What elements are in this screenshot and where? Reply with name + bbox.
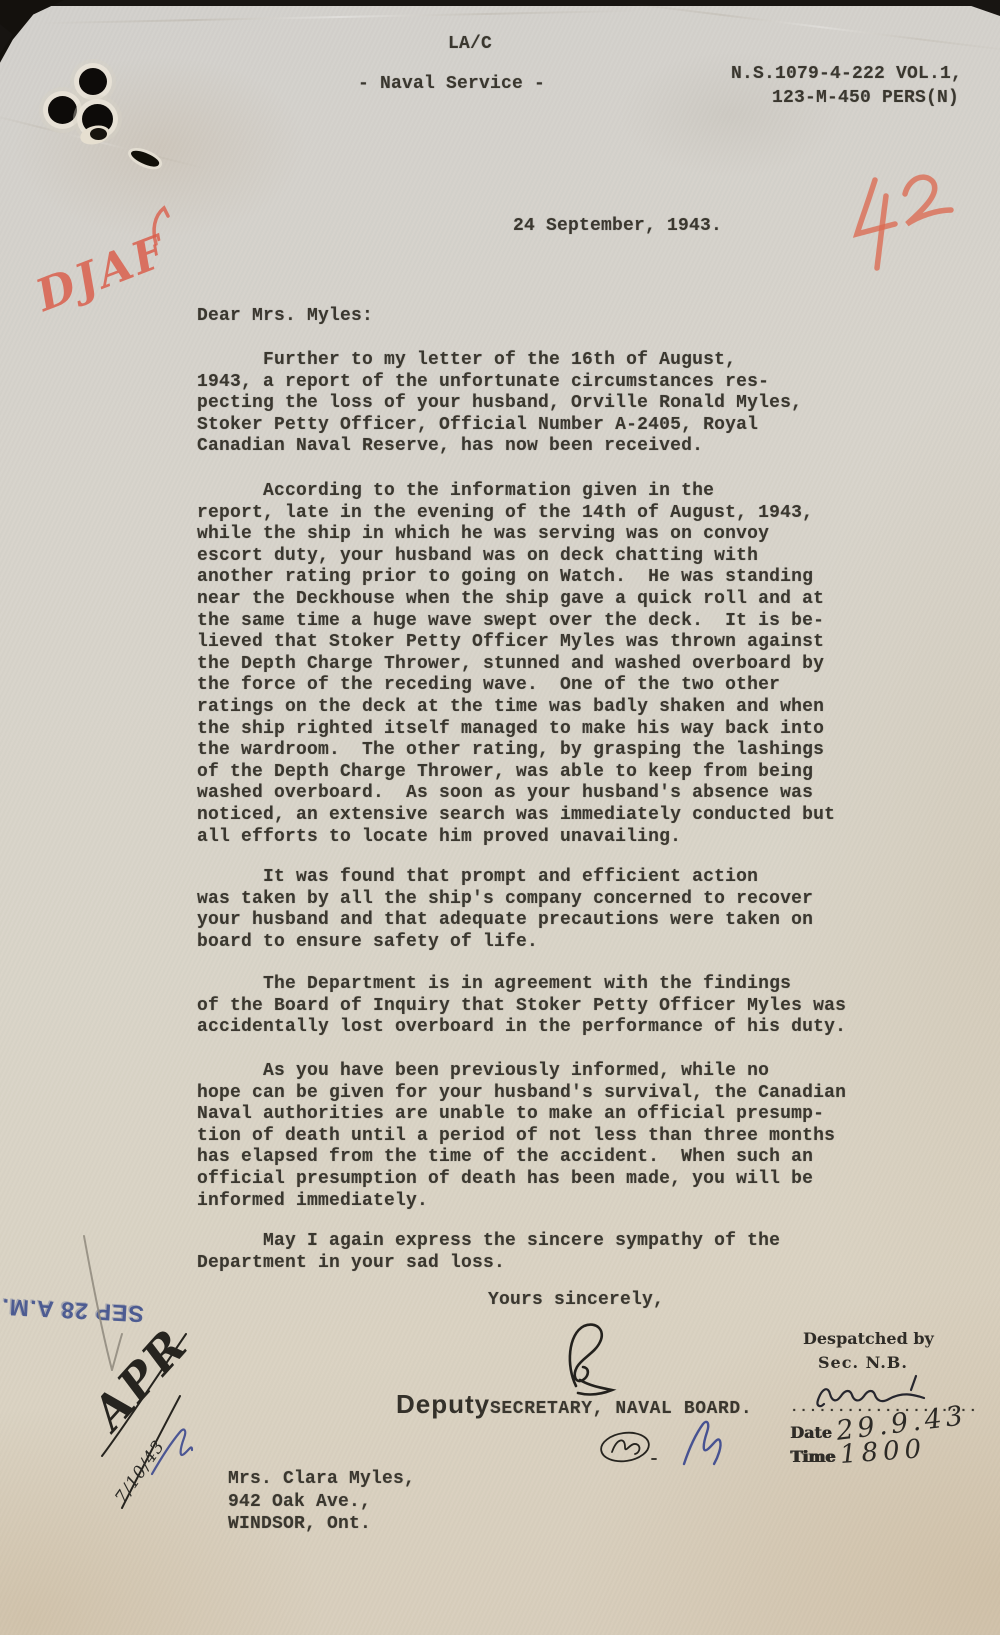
paper-crease — [621, 2, 1000, 53]
paragraph-1: Further to my letter of the 16th of Augu… — [197, 350, 802, 458]
recipient-name: Mrs. Clara Myles, — [228, 1468, 415, 1491]
signer-title-prefix: Deputy — [396, 1389, 490, 1420]
service-line: - Naval Service - — [358, 74, 545, 95]
paper-crease — [40, 10, 640, 25]
despatched-by-office: Sec. N.B. — [818, 1353, 908, 1372]
recipient-city: WINDSOR, Ont. — [228, 1513, 371, 1536]
signer-title: SECRETARY, NAVAL BOARD. — [490, 1399, 752, 1420]
red-flourish-mark — [148, 204, 172, 248]
punch-hole — [79, 68, 107, 95]
red-page-number-mark — [845, 158, 965, 278]
black-initials-scribble — [598, 1428, 660, 1470]
punch-hole — [48, 96, 77, 124]
scan-edge-top — [0, 0, 1000, 6]
despatched-by-label: Despatched by — [803, 1329, 934, 1348]
despatch-time-value: 1800 — [839, 1434, 927, 1470]
paragraph-5: As you have been previously informed, wh… — [197, 1061, 846, 1212]
file-number-1: N.S.1079-4-222 VOL.1, — [731, 64, 959, 85]
salutation: Dear Mrs. Myles: — [197, 306, 373, 327]
despatch-time-label: Time — [790, 1447, 835, 1466]
paragraph-3: It was found that prompt and efficient a… — [197, 867, 813, 953]
recipient-street: 942 Oak Ave., — [228, 1491, 371, 1514]
signature-mark — [552, 1320, 622, 1400]
blue-initials-scribble — [676, 1420, 728, 1468]
paragraph-2: According to the information given in th… — [197, 481, 835, 848]
punch-hole-partial — [90, 128, 107, 140]
despatch-date-label: Date — [790, 1423, 832, 1442]
closing: Yours sincerely, — [488, 1290, 664, 1311]
paragraph-6: May I again express the sincere sympathy… — [197, 1231, 780, 1274]
letter-page: LA/C - Naval Service - N.S.1079-4-222 VO… — [0, 0, 1000, 1635]
tear-mark — [129, 147, 161, 170]
file-number-2: 123-M-450 PERS(N) — [731, 88, 959, 109]
scan-edge-top-right — [954, 0, 1000, 16]
paragraph-4: The Department is in agreement with the … — [197, 974, 846, 1039]
doc-code: LA/C — [448, 34, 492, 55]
date-line: 24 September, 1943. — [513, 216, 722, 237]
